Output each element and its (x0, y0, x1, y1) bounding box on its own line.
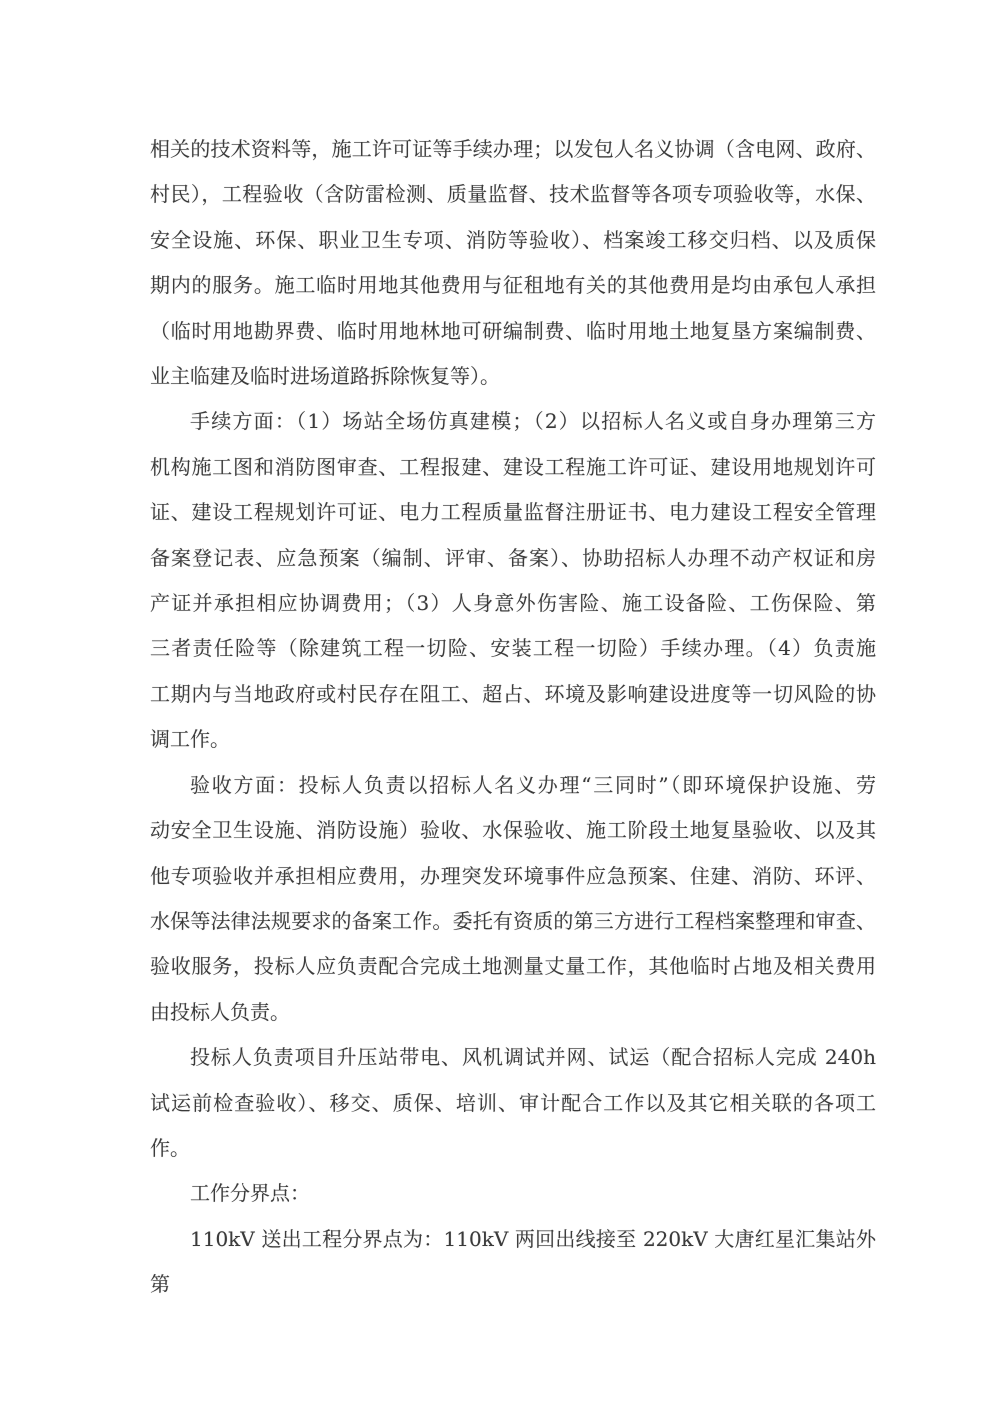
text-line: 三者责任险等（除建筑工程一切险、安装工程一切险）手续办理。（4）负责施 (150, 626, 876, 671)
text-line: 水保等法律法规要求的备案工作。委托有资质的第三方进行工程档案整理和审查、 (150, 899, 876, 944)
text-line: 调工作。 (150, 717, 876, 762)
text-line: 村民），工程验收（含防雷检测、质量监督、技术监督等各项专项验收等，水保、 (150, 172, 876, 217)
text-line: （临时用地勘界费、临时用地林地可研编制费、临时用地土地复垦方案编制费、 (150, 309, 876, 354)
document-page: 相关的技术资料等，施工许可证等手续办理；以发包人名义协调（含电网、政府、 村民）… (0, 0, 1000, 1414)
text-line: 产证并承担相应协调费用；（3）人身意外伤害险、施工设备险、工伤保险、第 (150, 581, 876, 626)
text-line: 110kV 送出工程分界点为：110kV 两回出线接至 220kV 大唐红星汇集… (150, 1217, 876, 1308)
text-line: 动安全卫生设施、消防设施）验收、水保验收、施工阶段土地复垦验收、以及其 (150, 808, 876, 853)
text-column: 相关的技术资料等，施工许可证等手续办理；以发包人名义协调（含电网、政府、 村民）… (150, 127, 876, 1308)
text-line: 期内的服务。施工临时用地其他费用与征租地有关的其他费用是均由承包人承担 (150, 263, 876, 308)
text-line: 备案登记表、应急预案（编制、评审、备案）、协助招标人办理不动产权证和房 (150, 536, 876, 581)
text-line: 由投标人负责。 (150, 990, 876, 1035)
text-line: 他专项验收并承担相应费用，办理突发环境事件应急预案、住建、消防、环评、 (150, 854, 876, 899)
text-line: 手续方面：（1）场站全场仿真建模；（2）以招标人名义或自身办理第三方 (150, 399, 876, 444)
text-line: 机构施工图和消防图审查、工程报建、建设工程施工许可证、建设用地规划许可 (150, 445, 876, 490)
text-line: 投标人负责项目升压站带电、风机调试并网、试运（配合招标人完成 240h (150, 1035, 876, 1080)
text-line: 业主临建及临时进场道路拆除恢复等）。 (150, 354, 876, 399)
text-line: 作。 (150, 1126, 876, 1171)
text-line: 工期内与当地政府或村民存在阻工、超占、环境及影响建设进度等一切风险的协 (150, 672, 876, 717)
text-line: 验收方面：投标人负责以招标人名义办理“三同时”（即环境保护设施、劳 (150, 763, 876, 808)
text-line: 相关的技术资料等，施工许可证等手续办理；以发包人名义协调（含电网、政府、 (150, 127, 876, 172)
text-line: 验收服务，投标人应负责配合完成土地测量丈量工作，其他临时占地及相关费用 (150, 944, 876, 989)
text-line: 证、建设工程规划许可证、电力工程质量监督注册证书、电力建设工程安全管理 (150, 490, 876, 535)
text-line: 试运前检查验收）、移交、质保、培训、审计配合工作以及其它相关联的各项工 (150, 1081, 876, 1126)
text-line: 工作分界点： (150, 1171, 876, 1216)
text-line: 安全设施、环保、职业卫生专项、消防等验收）、档案竣工移交归档、以及质保 (150, 218, 876, 263)
